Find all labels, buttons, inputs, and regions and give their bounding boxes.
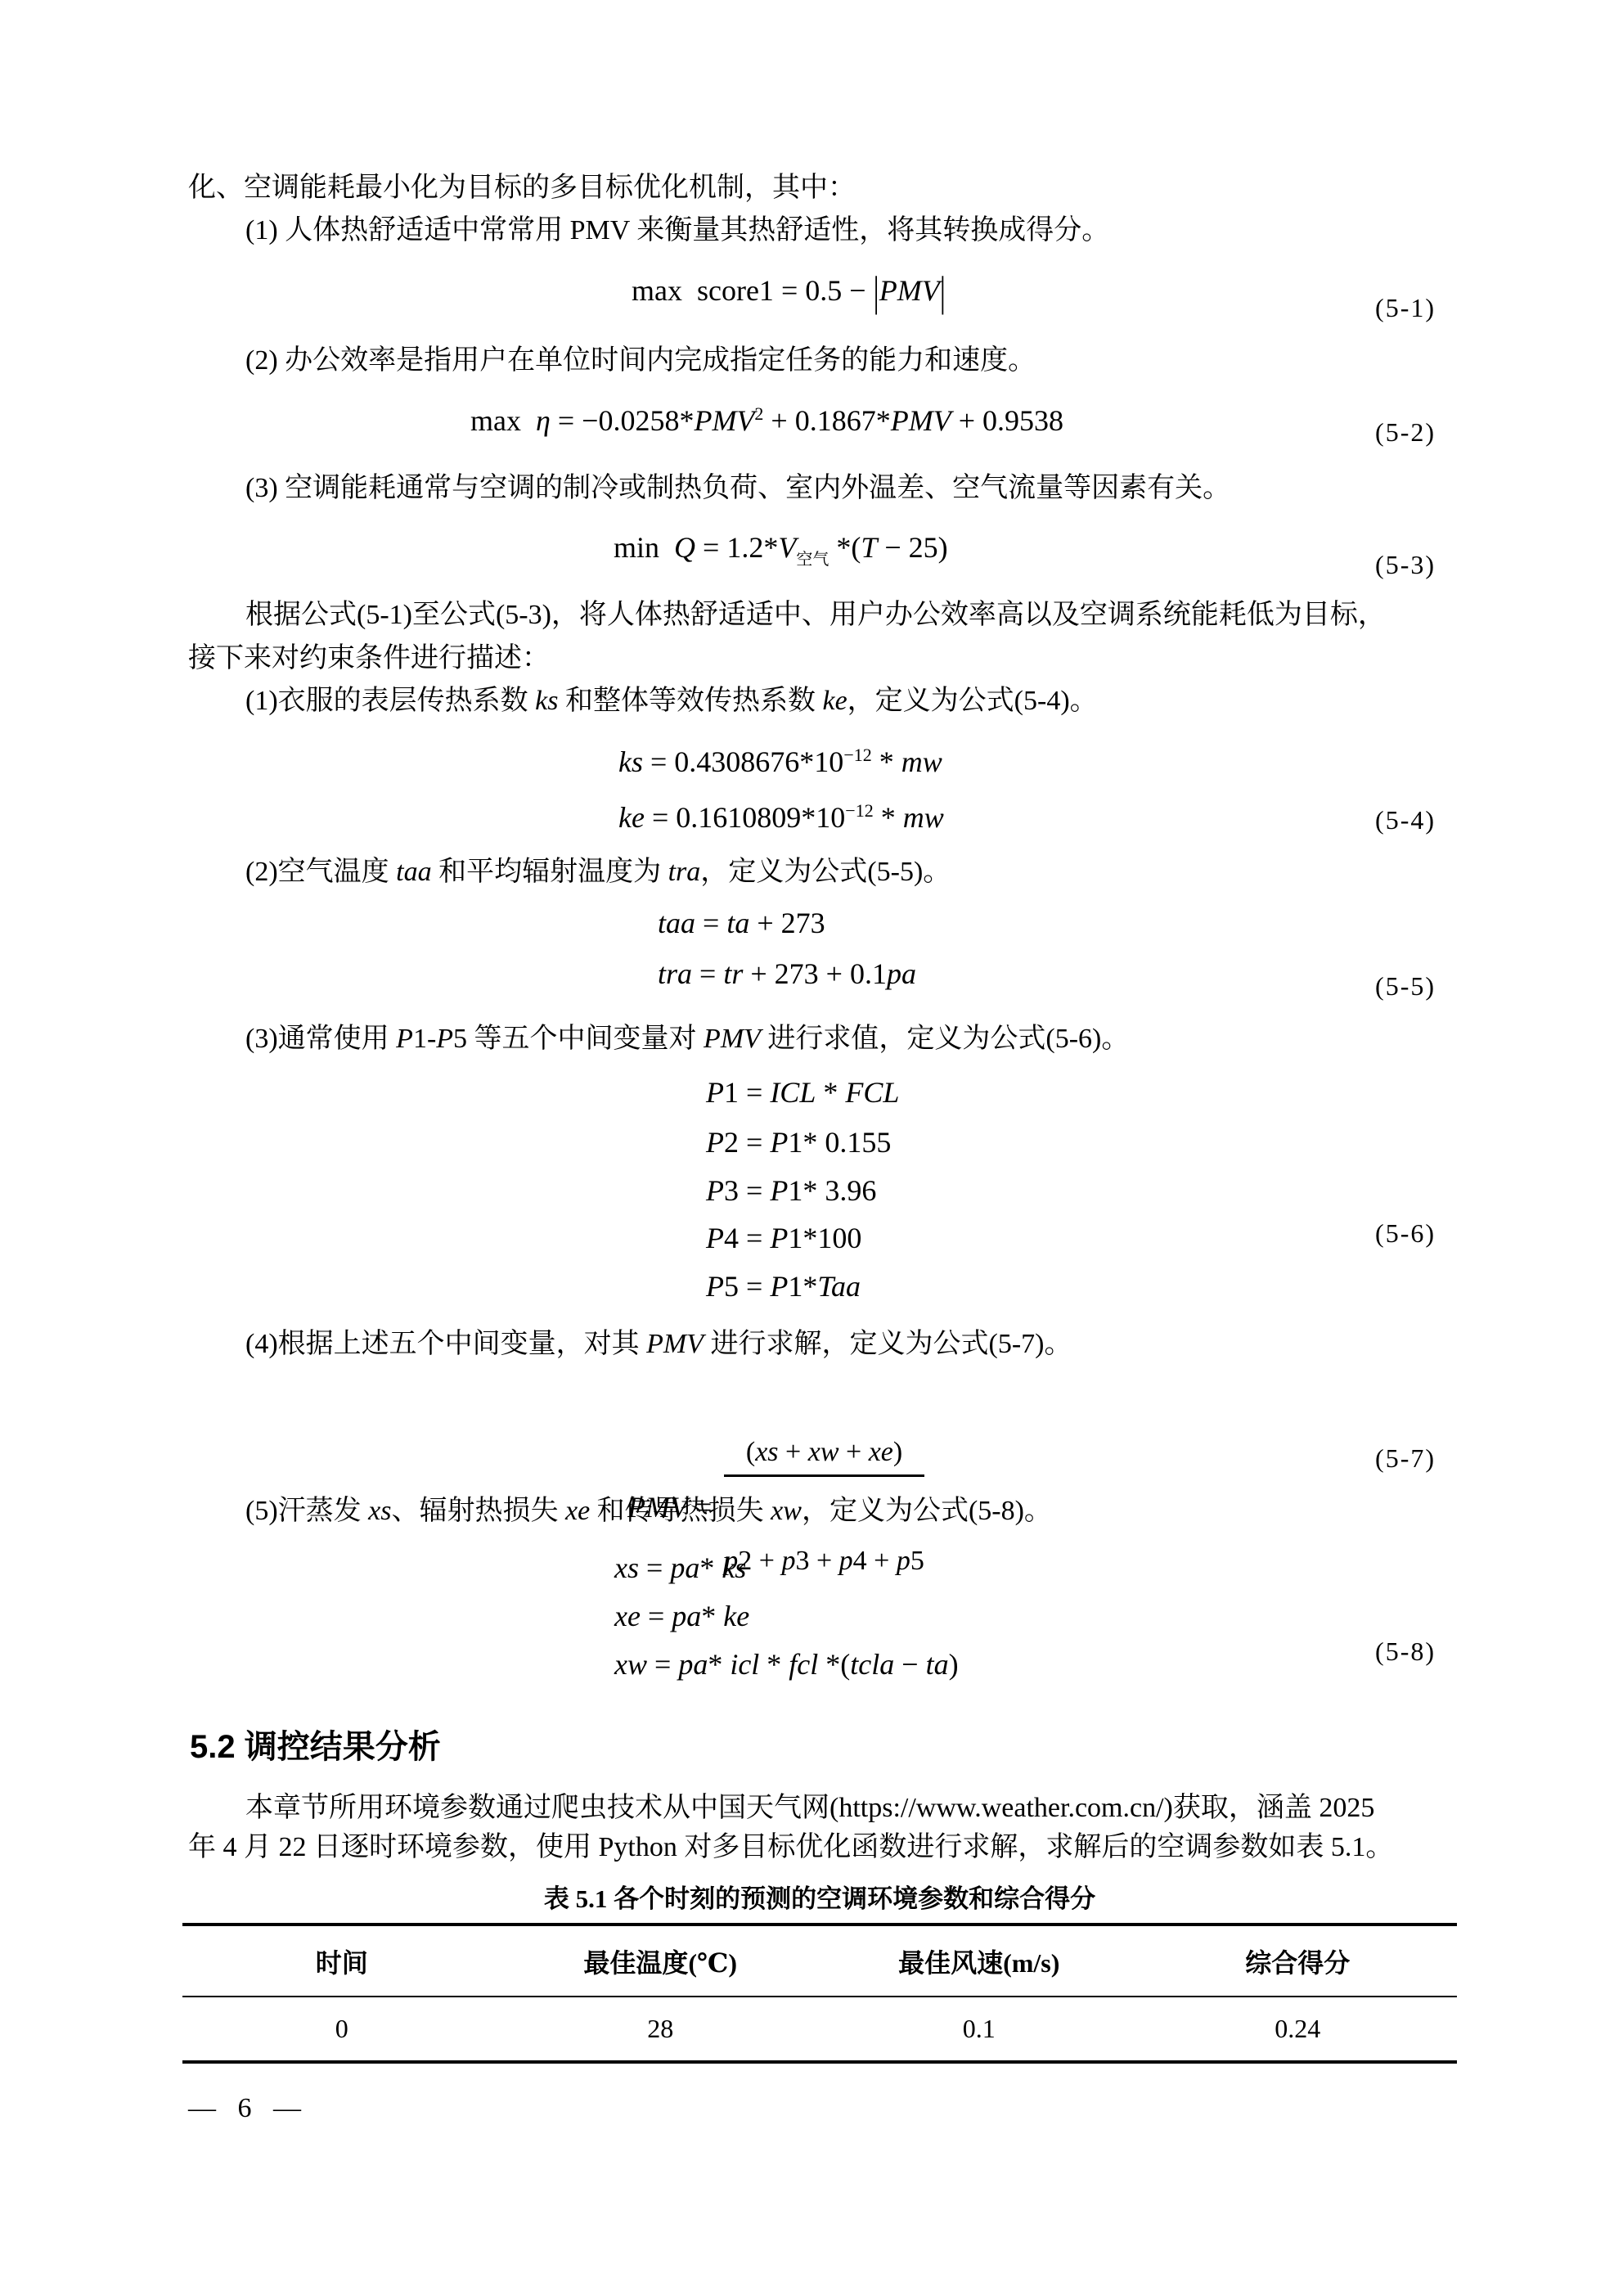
- equation-5-6-line-3: P3 = P1* 3.96: [706, 1165, 876, 1216]
- equation-5-8-line-3: xw = pa* icl * fcl *(tcla − ta): [614, 1639, 959, 1690]
- table-row: 0 28 0.1 0.24: [182, 1997, 1457, 2064]
- equation-5-8-line-2: xe = pa* ke: [614, 1591, 749, 1641]
- list-item-1: (1) 人体热舒适适中常常用 PMV 来衡量其热舒适性，将其转换成得分。: [245, 205, 1109, 256]
- cell-best-temperature: 28: [501, 2014, 820, 2044]
- equation-number-5-3: (5-3): [1375, 539, 1436, 590]
- constraint-item-2: (2)空气温度 taa 和平均辐射温度为 tra，定义为公式(5-5)。: [245, 847, 951, 898]
- table-header-row: 时间 最佳温度(℃) 最佳风速(m/s) 综合得分: [182, 1926, 1457, 1997]
- header-cell-time: 时间: [182, 1943, 501, 1980]
- page-number: — 6 —: [188, 2086, 301, 2132]
- cell-best-wind-speed: 0.1: [820, 2014, 1139, 2044]
- data-table: 时间 最佳温度(℃) 最佳风速(m/s) 综合得分 0 28 0.1 0.24: [182, 1923, 1457, 2064]
- constraint-item-5: (5)汗蒸发 xs、辐射热损失 xe 和传导热损失 xw，定义为公式(5-8)。: [245, 1486, 1052, 1537]
- paragraph-line: 年 4 月 22 日逐时环境参数，使用 Python 对多目标优化函数进行求解，…: [188, 1822, 1393, 1873]
- equation-5-8-line-1: xs = pa* ks: [614, 1542, 746, 1593]
- list-item-2: (2) 办公效率是指用户在单位时间内完成指定任务的能力和速度。: [245, 335, 1036, 386]
- equation-5-5-line-1: taa = ta + 273: [658, 898, 825, 948]
- header-cell-best-temperature: 最佳温度(℃): [501, 1943, 820, 1980]
- equation-5-6-line-2: P2 = P1* 0.155: [706, 1117, 891, 1168]
- equation-5-3: min Q = 1.2*V空气 *(T − 25): [614, 522, 948, 573]
- equation-5-5-line-2: tra = tr + 273 + 0.1pa: [658, 948, 916, 999]
- cell-overall-score: 0.24: [1139, 2014, 1458, 2044]
- section-heading: 5.2 调控结果分析: [190, 1724, 441, 1770]
- header-cell-overall-score: 综合得分: [1139, 1943, 1458, 1980]
- equation-number-5-2: (5-2): [1375, 407, 1436, 457]
- cell-time: 0: [182, 2014, 501, 2044]
- fraction-numerator: (xs + xw + xe): [724, 1437, 924, 1477]
- equation-5-6-line-5: P5 = P1*Taa: [706, 1261, 861, 1312]
- constraint-item-1: (1)衣服的表层传热系数 ks 和整体等效传热系数 ke，定义为公式(5-4)。: [245, 676, 1098, 727]
- equation-number-5-5: (5-5): [1375, 961, 1436, 1011]
- equation-number-5-7: (5-7): [1375, 1433, 1436, 1483]
- equation-5-6-line-4: P4 = P1*100: [706, 1213, 861, 1263]
- fraction-denominator: p2 + p3 + p4 + p5: [724, 1539, 924, 1577]
- constraint-item-4: (4)根据上述五个中间变量，对其 PMV 进行求解，定义为公式(5-7)。: [245, 1319, 1072, 1370]
- list-item-3: (3) 空调能耗通常与空调的制冷或制热负荷、室内外温差、空气流量等因素有关。: [245, 463, 1230, 514]
- equation-5-4-line-1: ks = 0.4308676*10−12 * mw: [618, 730, 942, 781]
- equation-number-5-4: (5-4): [1375, 795, 1436, 845]
- equation-5-1: max score1 = 0.5 − |PMV|: [632, 265, 946, 316]
- document-page: 化、空调能耗最小化为目标的多目标优化机制，其中： (1) 人体热舒适适中常常用 …: [0, 0, 1623, 2296]
- equation-number-5-1: (5-1): [1375, 282, 1436, 333]
- table-caption: 表 5.1 各个时刻的预测的空调环境参数和综合得分: [182, 1875, 1457, 1924]
- equation-number-5-6: (5-6): [1375, 1208, 1436, 1258]
- equation-5-4-line-2: ke = 0.1610809*10−12 * mw: [618, 786, 944, 836]
- equation-number-5-8: (5-8): [1375, 1626, 1436, 1677]
- header-cell-best-wind-speed: 最佳风速(m/s): [820, 1943, 1139, 1980]
- equation-5-6-line-1: P1 = ICL * FCL: [706, 1067, 899, 1118]
- equation-5-2: max η = −0.0258*PMV2 + 0.1867*PMV + 0.95…: [470, 389, 1063, 439]
- constraint-item-3: (3)通常使用 P1-P5 等五个中间变量对 PMV 进行求值，定义为公式(5-…: [245, 1014, 1129, 1065]
